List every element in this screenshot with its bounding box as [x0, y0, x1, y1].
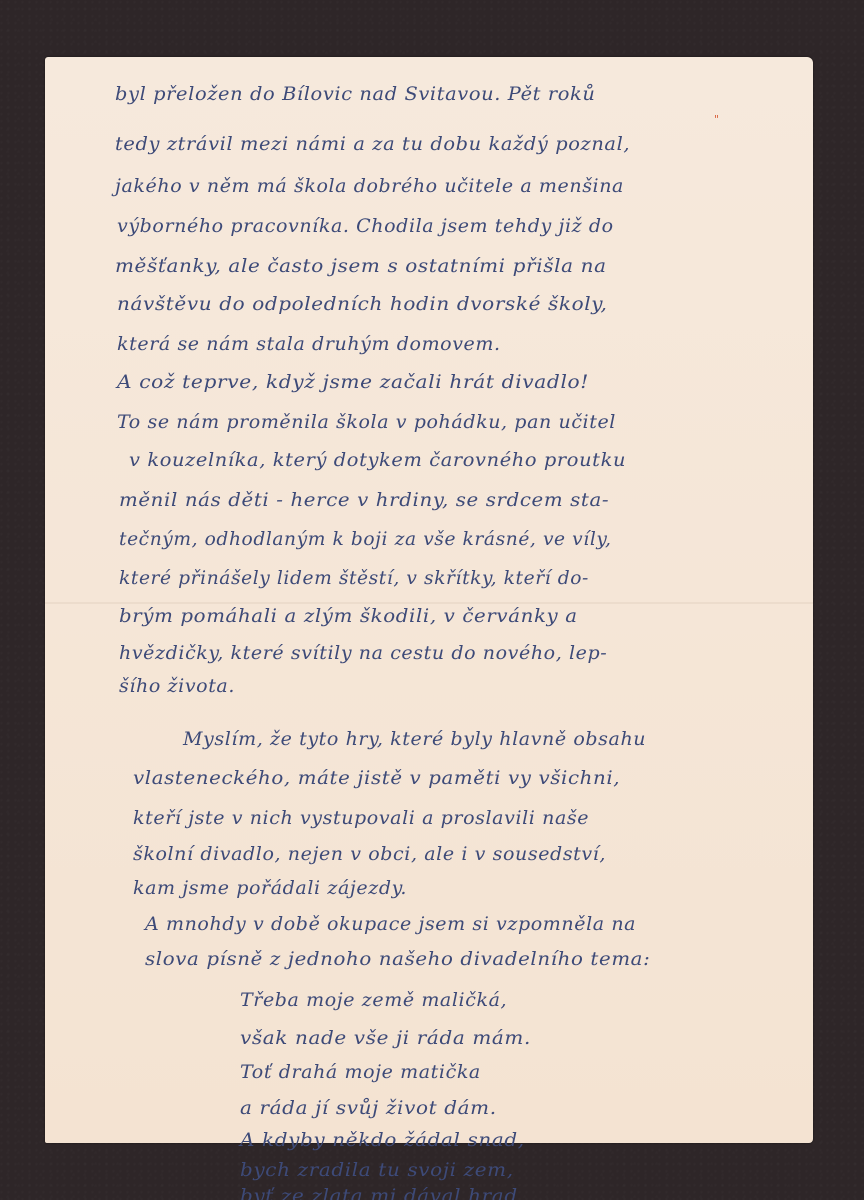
text-line: školní divadlo, nejen v obci, ale i v so… — [133, 845, 606, 864]
text-line: vlasteneckého, máte jistě v paměti vy vš… — [133, 769, 620, 788]
verse-line: bych zradila tu svoji zem, — [240, 1161, 514, 1180]
text-line: výborného pracovníka. Chodila jsem tehdy… — [117, 217, 614, 236]
text-line: jakého v něm má škola dobrého učitele a … — [115, 177, 624, 196]
text-line: které přinášely lidem štěstí, v skřítky,… — [119, 569, 589, 588]
verse-line: A kdyby někdo žádal snad, — [240, 1131, 525, 1150]
text-line: která se nám stala druhým domovem. — [117, 335, 501, 354]
text-line: A mnohdy v době okupace jsem si vzpomněl… — [145, 915, 636, 934]
text-line: kteří jste v nich vystupovali a proslavi… — [133, 809, 589, 828]
verse-line: a ráda jí svůj život dám. — [240, 1099, 497, 1118]
verse-line: Toť drahá moje matička — [240, 1063, 481, 1082]
text-line: A což teprve, když jsme začali hrát diva… — [117, 373, 589, 392]
handwritten-text: byl přeložen do Bílovic nad Svitavou. Pě… — [45, 57, 813, 1143]
text-line: Myslím, že tyto hry, které byly hlavně o… — [183, 730, 646, 749]
verse-line: Třeba moje země maličká, — [240, 991, 507, 1010]
verse-line: však nade vše ji ráda mám. — [240, 1029, 531, 1048]
text-line: To se nám proměnila škola v pohádku, pan… — [117, 413, 616, 432]
text-line: měnil nás děti - herce v hrdiny, se srdc… — [119, 491, 609, 510]
text-line: tečným, odhodlaným k boji za vše krásné,… — [119, 530, 612, 549]
text-line: tedy ztrávil mezi námi a za tu dobu každ… — [115, 135, 630, 154]
text-line: brým pomáhali a zlým škodili, v červánky… — [119, 607, 578, 626]
text-line: kam jsme pořádali zájezdy. — [133, 879, 407, 898]
text-line: měšťanky, ale často jsem s ostatními při… — [115, 257, 607, 276]
letter-page: byl přeložen do Bílovic nad Svitavou. Pě… — [45, 57, 813, 1143]
text-line: návštěvu do odpoledních hodin dvorské šk… — [117, 295, 607, 314]
text-line: byl přeložen do Bílovic nad Svitavou. Pě… — [115, 85, 595, 104]
verse-line: byť ze zlata mi dával hrad, — [240, 1187, 525, 1200]
text-line: šího života. — [119, 677, 235, 696]
text-line: v kouzelníka, který dotykem čarovného pr… — [129, 451, 626, 470]
text-line: hvězdičky, které svítily na cestu do nov… — [119, 644, 607, 663]
text-line: slova písně z jednoho našeho divadelního… — [145, 950, 650, 969]
margin-mark: " — [714, 113, 719, 126]
